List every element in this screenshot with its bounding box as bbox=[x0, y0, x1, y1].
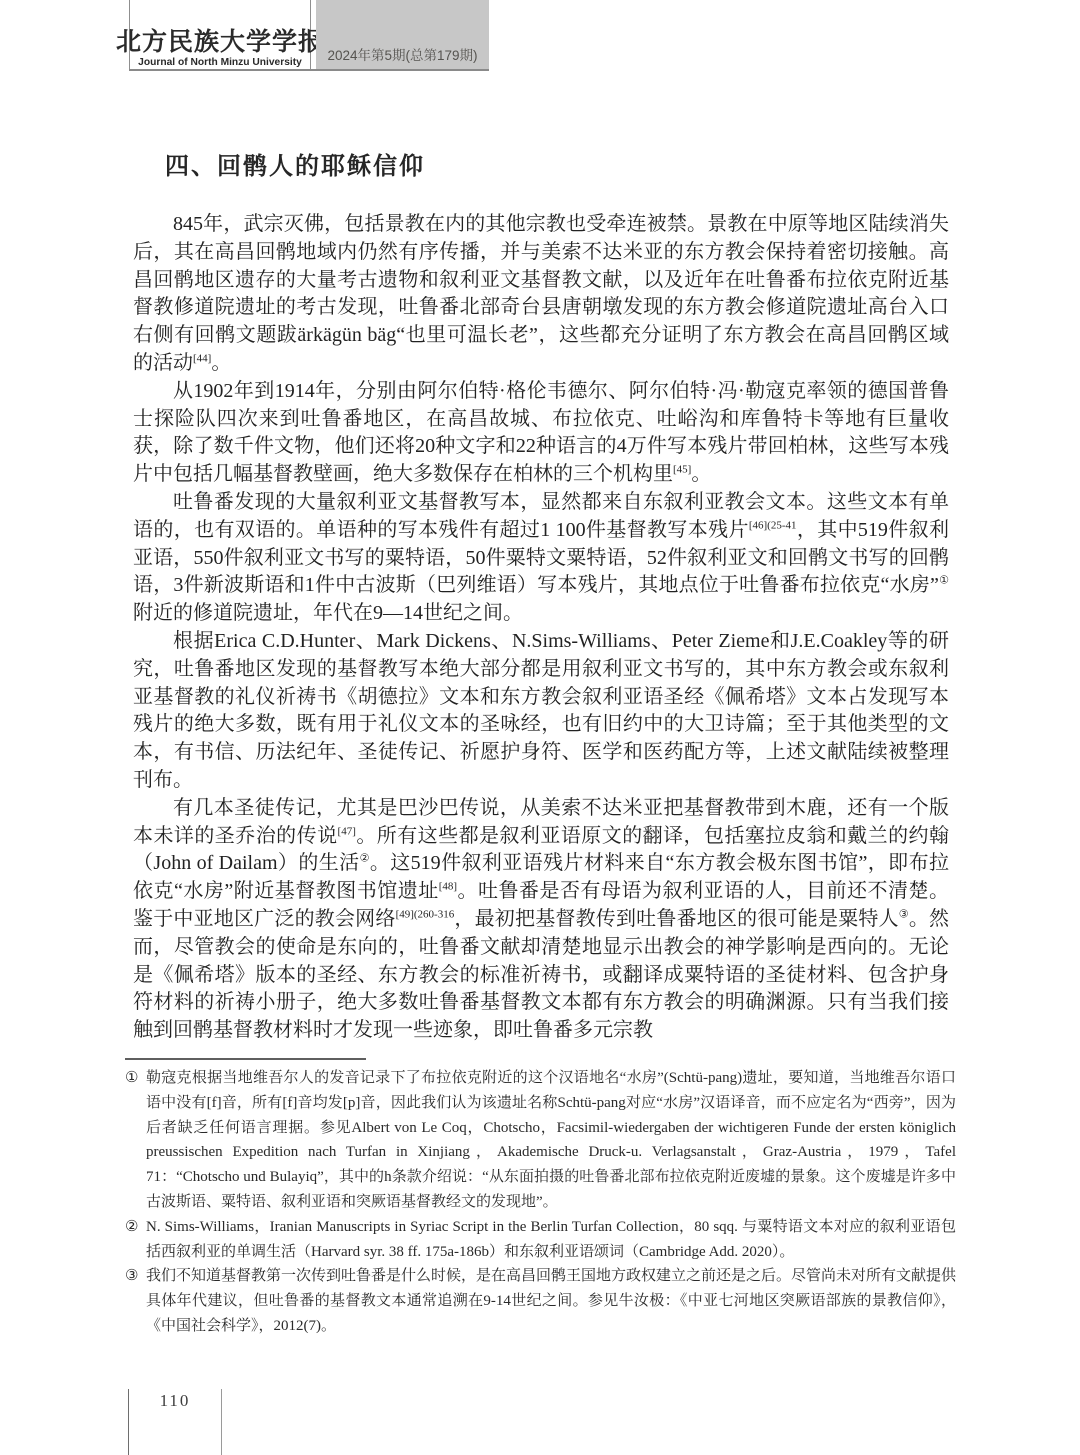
footnote-text: 我们不知道基督教第一次传到吐鲁番是什么时候，是在高昌回鹘王国地方政权建立之前还是… bbox=[146, 1268, 956, 1334]
citation-ref: ③ bbox=[899, 908, 909, 920]
citation-ref: [44] bbox=[193, 352, 211, 364]
body-paragraph: 吐鲁番发现的大量叙利亚文基督教写本，显然都来自东叙利亚教会文本。这些文本有单语的… bbox=[133, 489, 949, 628]
page-number-box: 110 bbox=[128, 1389, 222, 1455]
journal-logo: 北方民族大学学报 Journal of North Minzu Universi… bbox=[129, 0, 311, 69]
footnote-text: 勒寇克根据当地维吾尔人的发音记录下了布拉依克附近的这个汉语地名“水房”(Scht… bbox=[146, 1070, 956, 1210]
citation-ref: ② bbox=[360, 853, 370, 865]
footnote-separator bbox=[125, 1058, 366, 1060]
body-paragraph: 845年，武宗灭佛，包括景教在内的其他宗教也受牵连被禁。景教在中原等地区陆续消失… bbox=[133, 211, 949, 378]
body-paragraph: 根据Erica C.D.Hunter、Mark Dickens、N.Sims-W… bbox=[133, 628, 949, 795]
footnotes-section: ①勒寇克根据当地维吾尔人的发音记录下了布拉依克附近的这个汉语地名“水房”(Sch… bbox=[125, 1066, 956, 1339]
footnote-marker: ① bbox=[125, 1066, 138, 1091]
citation-ref: [48] bbox=[439, 880, 457, 892]
citation-ref: ① bbox=[939, 575, 949, 587]
issue-box: 2024年第5期(总第179期) bbox=[316, 0, 489, 69]
footnote-marker: ③ bbox=[125, 1264, 138, 1289]
issue-info: 2024年第5期(总第179期) bbox=[327, 44, 477, 64]
citation-ref: [49](260-316 bbox=[396, 908, 455, 920]
body-paragraph: 有几本圣徒传记，尤其是巴沙巴传说，从美索不达米亚把基督教带到木鹿，还有一个版本未… bbox=[133, 795, 949, 1045]
footnote-item: ①勒寇克根据当地维吾尔人的发音记录下了布拉依克附近的这个汉语地名“水房”(Sch… bbox=[125, 1066, 956, 1215]
citation-ref: [47] bbox=[338, 825, 356, 837]
body-paragraph: 从1902年到1914年，分别由阿尔伯特·格伦韦德尔、阿尔伯特·冯·勒寇克率领的… bbox=[133, 378, 949, 489]
footnote-item: ③我们不知道基督教第一次传到吐鲁番是什么时候，是在高昌回鹘王国地方政权建立之前还… bbox=[125, 1264, 956, 1338]
journal-header: 北方民族大学学报 Journal of North Minzu Universi… bbox=[129, 0, 489, 71]
journal-logo-chinese: 北方民族大学学报 bbox=[116, 30, 324, 56]
footnote-item: ②N. Sims-Williams，Iranian Manuscripts in… bbox=[125, 1215, 956, 1265]
citation-ref: [45] bbox=[673, 464, 691, 476]
footnote-marker: ② bbox=[125, 1215, 138, 1240]
page-number: 110 bbox=[160, 1391, 191, 1411]
footnote-text: N. Sims-Williams，Iranian Manuscripts in … bbox=[146, 1219, 956, 1260]
article-paragraphs: 845年，武宗灭佛，包括景教在内的其他宗教也受牵连被禁。景教在中原等地区陆续消失… bbox=[133, 211, 949, 1045]
citation-ref: [46](25-41 bbox=[749, 519, 797, 531]
article-body: 四、回鹘人的耶稣信仰 845年，武宗灭佛，包括景教在内的其他宗教也受牵连被禁。景… bbox=[133, 146, 949, 1045]
section-heading: 四、回鹘人的耶稣信仰 bbox=[133, 146, 949, 181]
journal-logo-english: Journal of North Minzu University bbox=[138, 57, 302, 68]
